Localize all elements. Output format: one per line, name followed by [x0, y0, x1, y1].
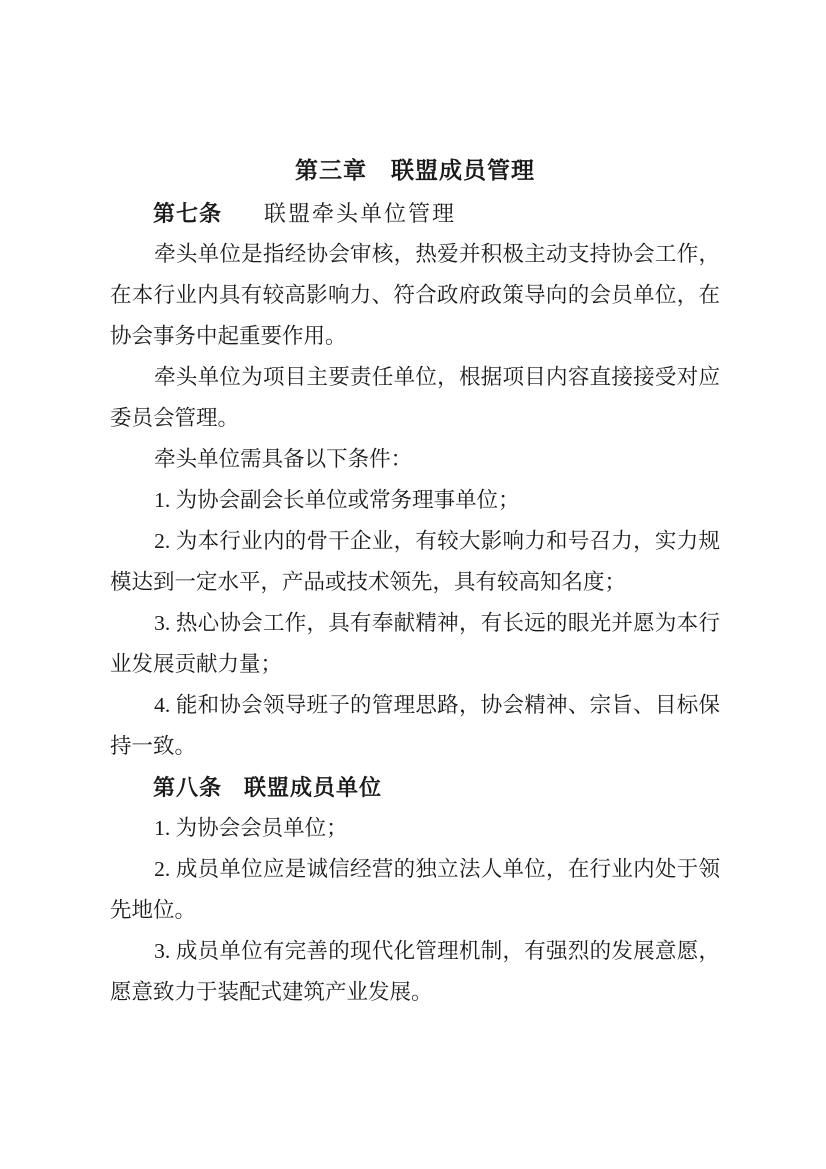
chapter-title: 第三章 联盟成员管理	[110, 148, 720, 192]
list-item-paragraph: 2. 成员单位应是诚信经营的独立法人单位，在行业内处于领先地位。	[110, 849, 720, 931]
paragraph: 牵头单位需具备以下条件：	[110, 439, 720, 480]
list-item-paragraph: 3. 热心协会工作，具有奉献精神，有长远的眼光并愿为本行业发展贡献力量；	[110, 603, 720, 685]
article-8-title: 联盟成员单位	[244, 775, 382, 800]
document-page: 第三章 联盟成员管理 第七条联盟牵头单位管理 牵头单位是指经协会审核，热爱并积极…	[0, 0, 826, 1169]
article-7-number: 第七条	[153, 201, 222, 226]
list-item-paragraph: 1. 为协会副会长单位或常务理事单位；	[110, 480, 720, 521]
list-item-paragraph: 4. 能和协会领导班子的管理思路，协会精神、宗旨、目标保持一致。	[110, 685, 720, 767]
list-item-paragraph: 3. 成员单位有完善的现代化管理机制，有强烈的发展意愿，愿意致力于装配式建筑产业…	[110, 931, 720, 1013]
section-article-8: 第八条联盟成员单位 1. 为协会会员单位； 2. 成员单位应是诚信经营的独立法人…	[110, 767, 720, 1013]
list-item-paragraph: 2. 为本行业内的骨干企业，有较大影响力和号召力，实力规模达到一定水平，产品或技…	[110, 521, 720, 603]
article-8-number: 第八条	[153, 775, 222, 800]
article-7-title: 联盟牵头单位管理	[264, 201, 456, 226]
paragraph: 牵头单位为项目主要责任单位，根据项目内容直接接受对应委员会管理。	[110, 357, 720, 439]
article-8-heading: 第八条联盟成员单位	[110, 767, 720, 808]
article-7-heading: 第七条联盟牵头单位管理	[110, 193, 720, 234]
paragraph: 牵头单位是指经协会审核，热爱并积极主动支持协会工作，在本行业内具有较高影响力、符…	[110, 234, 720, 357]
list-item-paragraph: 1. 为协会会员单位；	[110, 808, 720, 849]
section-article-7: 第七条联盟牵头单位管理 牵头单位是指经协会审核，热爱并积极主动支持协会工作，在本…	[110, 193, 720, 767]
